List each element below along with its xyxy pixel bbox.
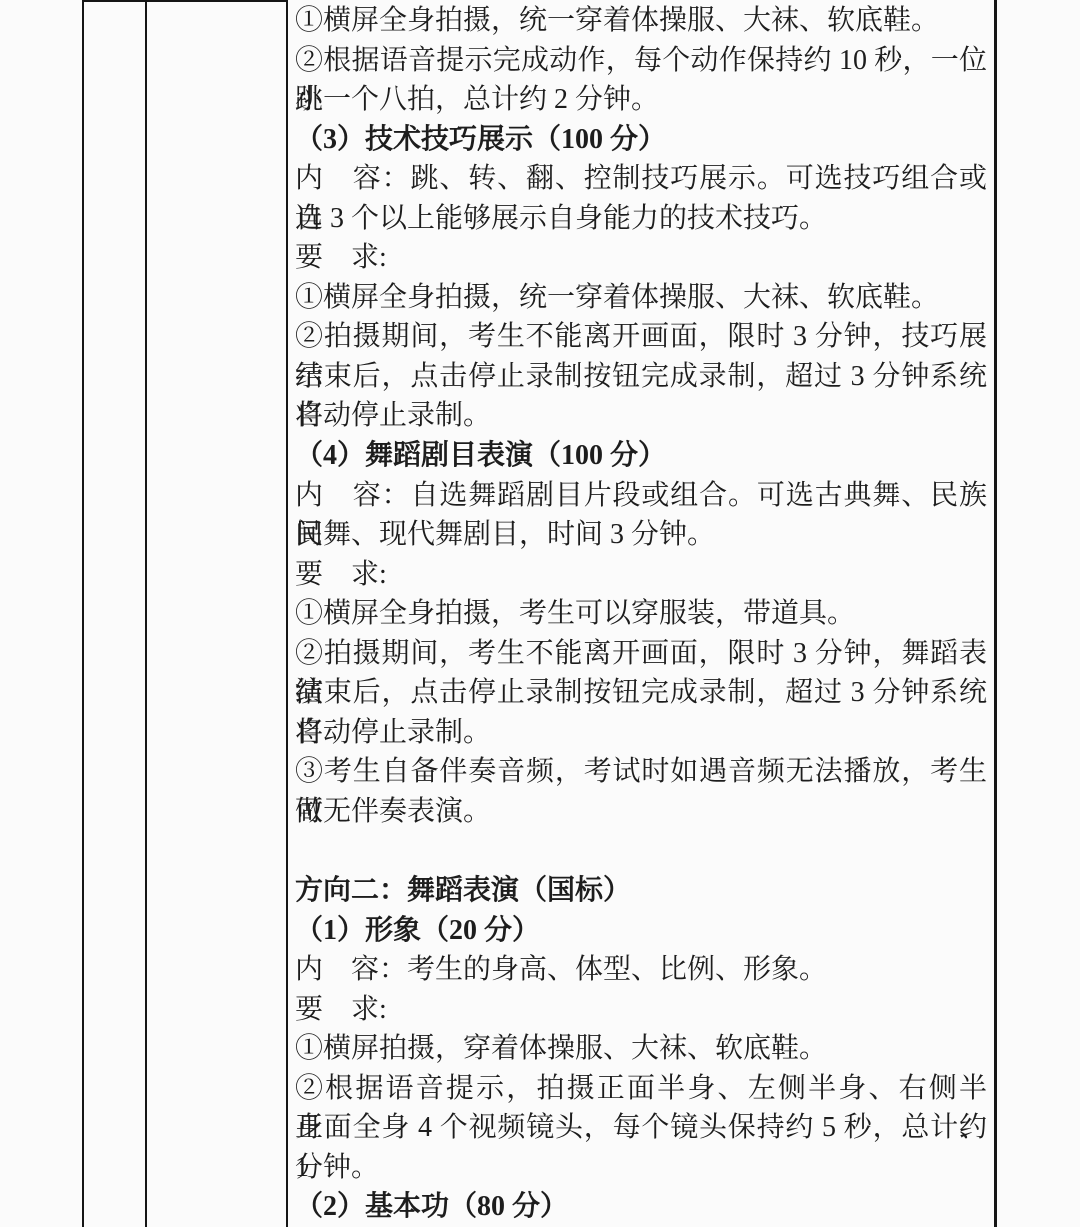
- text-line: ①横屏全身拍摄，统一穿着体操服、大袜、软底鞋。: [295, 1, 987, 41]
- text-line: 内 容：跳、转、翻、控制技巧展示。可选技巧组合或自: [295, 159, 987, 199]
- text-line: 做无伴奏表演。: [295, 792, 987, 832]
- text-line: 分钟。: [295, 1148, 987, 1188]
- requirements-text-cell: ①横屏全身拍摄，统一穿着体操服、大袜、软底鞋。②根据语音提示完成动作，每个动作保…: [288, 0, 994, 1227]
- section-heading: （1）形象（20 分）: [295, 911, 987, 951]
- text-line: 内 容：自选舞蹈剧目片段或组合。可选古典舞、民族民: [295, 476, 987, 516]
- text-line: ②拍摄期间，考生不能离开画面，限时 3 分钟，技巧展示: [295, 317, 987, 357]
- table-row-top-border: [82, 0, 288, 2]
- text-line: 跳一个八拍，总计约 2 分钟。: [295, 80, 987, 120]
- text-line: 正面全身 4 个视频镜头，每个镜头保持约 5 秒，总计约 1: [295, 1108, 987, 1148]
- text-line: ②根据语音提示，拍摄正面半身、左侧半身、右侧半身、: [295, 1069, 987, 1109]
- table-border-left-2: [145, 0, 147, 1227]
- text-line: ②拍摄期间，考生不能离开画面，限时 3 分钟，舞蹈表演: [295, 634, 987, 674]
- document-page: ①横屏全身拍摄，统一穿着体操服、大袜、软底鞋。②根据语音提示完成动作，每个动作保…: [0, 0, 1080, 1227]
- text-line: 要 求:: [295, 555, 987, 595]
- text-line: ②根据语音提示完成动作，每个动作保持约 10 秒，一位小: [295, 41, 987, 81]
- text-line: 要 求:: [295, 238, 987, 278]
- text-line: ①横屏全身拍摄，考生可以穿服装，带道具。: [295, 594, 987, 634]
- text-line: 间舞、现代舞剧目，时间 3 分钟。: [295, 515, 987, 555]
- text-line: 内 容：考生的身高、体型、比例、形象。: [295, 950, 987, 990]
- section-heading: （2）基本功（80 分）: [295, 1187, 987, 1227]
- section-heading: （3）技术技巧展示（100 分）: [295, 120, 987, 160]
- text-line: ①横屏拍摄，穿着体操服、大袜、软底鞋。: [295, 1029, 987, 1069]
- table-border-right: [994, 0, 997, 1227]
- text-line: 选 3 个以上能够展示自身能力的技术技巧。: [295, 199, 987, 239]
- text-line: 自动停止录制。: [295, 713, 987, 753]
- text-line: 自动停止录制。: [295, 396, 987, 436]
- text-line: 要 求:: [295, 990, 987, 1030]
- section-heading: 方向二：舞蹈表演（国标）: [295, 871, 987, 911]
- blank-line: [295, 831, 987, 871]
- text-line: ①横屏全身拍摄，统一穿着体操服、大袜、软底鞋。: [295, 278, 987, 318]
- text-line: 结束后，点击停止录制按钮完成录制，超过 3 分钟系统将: [295, 357, 987, 397]
- table-border-left-1: [82, 0, 84, 1227]
- text-line: ③考生自备伴奏音频，考试时如遇音频无法播放，考生可: [295, 752, 987, 792]
- text-line: 结束后，点击停止录制按钮完成录制，超过 3 分钟系统将: [295, 673, 987, 713]
- section-heading: （4）舞蹈剧目表演（100 分）: [295, 436, 987, 476]
